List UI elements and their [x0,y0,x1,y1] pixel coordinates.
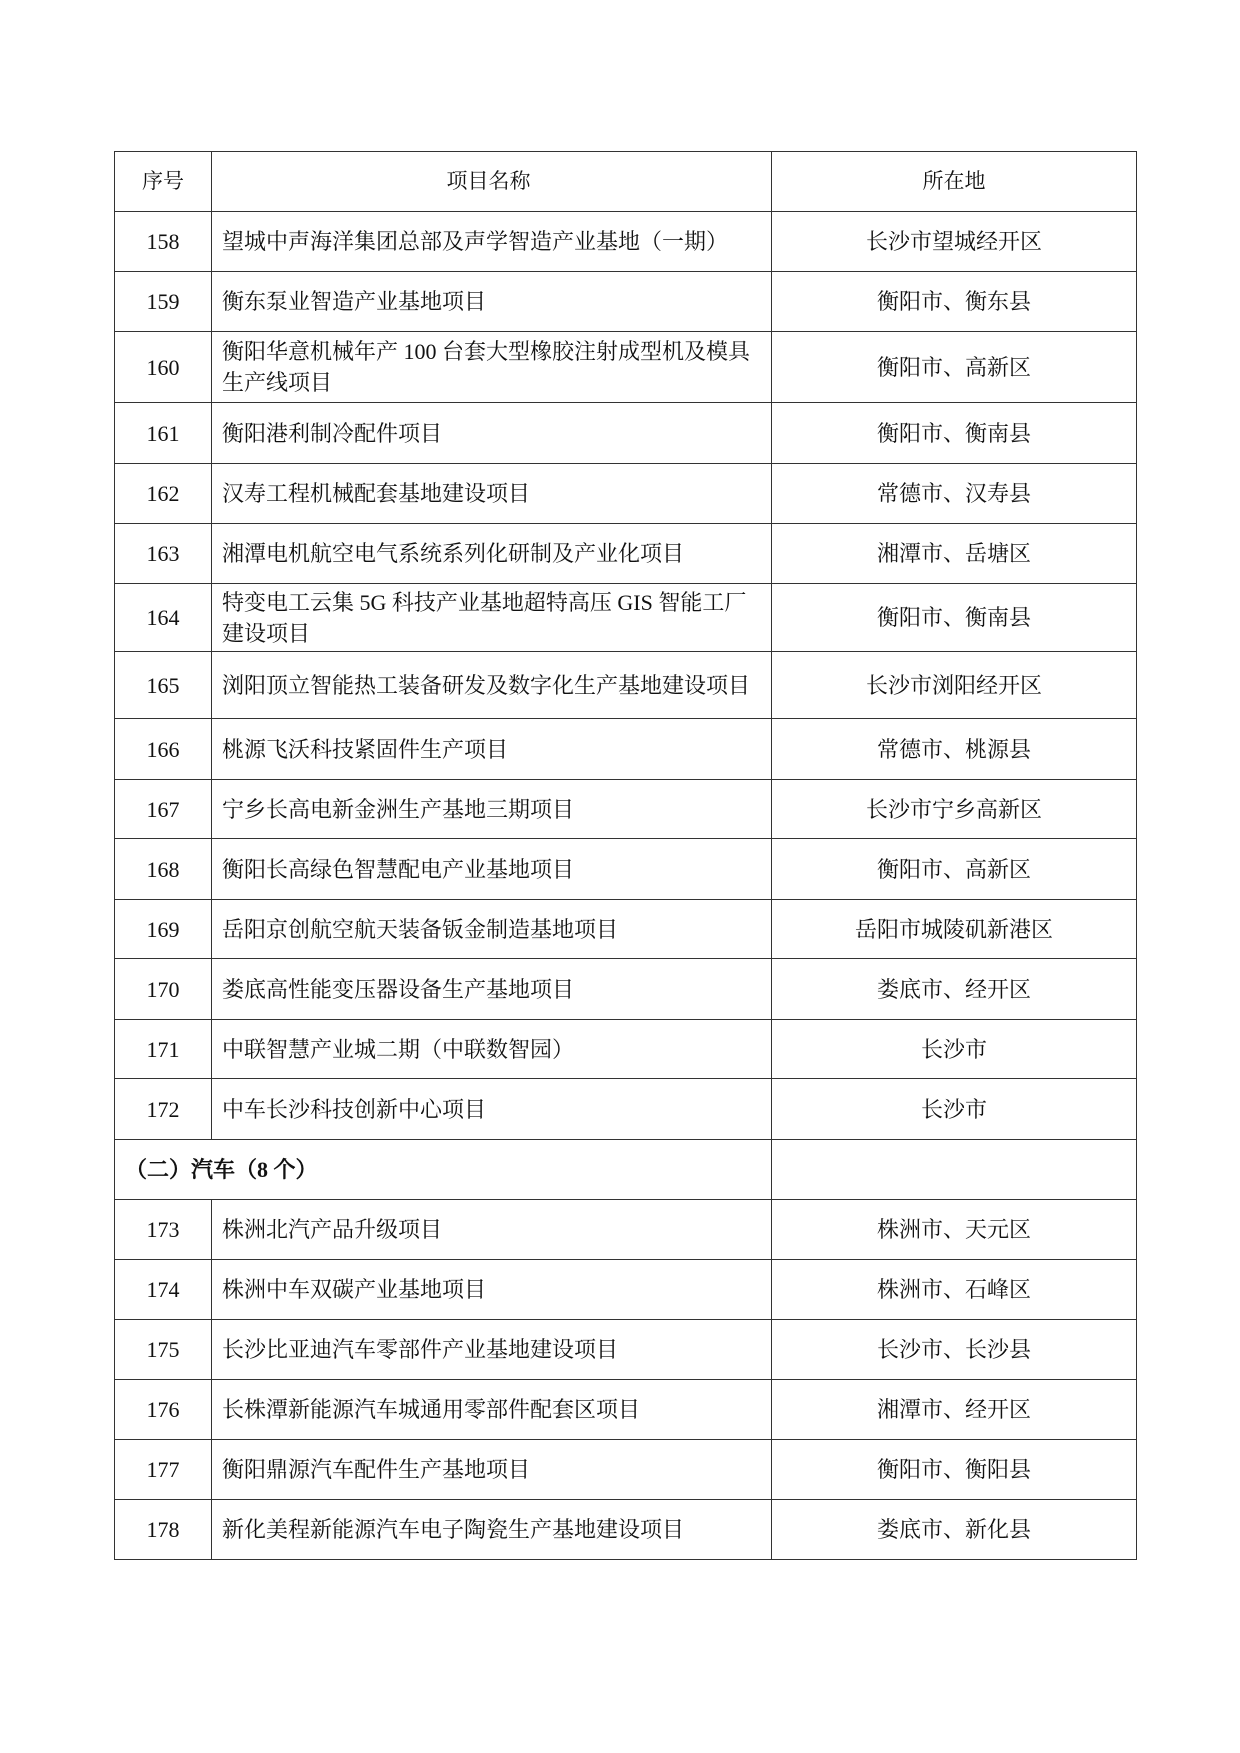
header-no: 序号 [115,152,212,212]
row-project-name: 新化美程新能源汽车电子陶瓷生产基地建设项目 [212,1500,772,1560]
row-number: 164 [115,584,212,652]
table-row: 170娄底高性能变压器设备生产基地项目娄底市、经开区 [115,959,1137,1020]
table-row: 177衡阳鼎源汽车配件生产基地项目衡阳市、衡阳县 [115,1440,1137,1500]
row-number: 168 [115,839,212,900]
table-section-automotive: （二）汽车（8 个） [115,1140,1137,1200]
table-row: 164特变电工云集 5G 科技产业基地超特高压 GIS 智能工厂建设项目衡阳市、… [115,584,1137,652]
row-location: 株洲市、天元区 [772,1200,1137,1260]
row-number: 172 [115,1079,212,1140]
row-project-name: 娄底高性能变压器设备生产基地项目 [212,959,772,1020]
row-location: 娄底市、经开区 [772,959,1137,1020]
table-row: 166桃源飞沃科技紧固件生产项目常德市、桃源县 [115,719,1137,780]
row-location: 长沙市望城经开区 [772,212,1137,272]
table-row: 174株洲中车双碳产业基地项目株洲市、石峰区 [115,1260,1137,1320]
project-table: 序号 项目名称 所在地 158望城中声海洋集团总部及声学智造产业基地（一期）长沙… [114,151,1137,1560]
section-row: （二）汽车（8 个） [115,1140,1137,1200]
row-project-name: 桃源飞沃科技紧固件生产项目 [212,719,772,780]
row-project-name: 中车长沙科技创新中心项目 [212,1079,772,1140]
table-row: 169岳阳京创航空航天装备钣金制造基地项目岳阳市城陵矶新港区 [115,900,1137,959]
row-project-name: 宁乡长高电新金洲生产基地三期项目 [212,780,772,839]
table-row: 162汉寿工程机械配套基地建设项目常德市、汉寿县 [115,464,1137,524]
row-number: 166 [115,719,212,780]
row-project-name: 湘潭电机航空电气系统系列化研制及产业化项目 [212,524,772,584]
row-location: 衡阳市、衡阳县 [772,1440,1137,1500]
row-location: 常德市、桃源县 [772,719,1137,780]
row-location: 湘潭市、岳塘区 [772,524,1137,584]
header-location: 所在地 [772,152,1137,212]
row-location: 长沙市 [772,1020,1137,1079]
row-project-name: 衡阳鼎源汽车配件生产基地项目 [212,1440,772,1500]
table-row: 178新化美程新能源汽车电子陶瓷生产基地建设项目娄底市、新化县 [115,1500,1137,1560]
row-project-name: 衡阳长高绿色智慧配电产业基地项目 [212,839,772,900]
row-location: 常德市、汉寿县 [772,464,1137,524]
table-row: 160衡阳华意机械年产 100 台套大型橡胶注射成型机及模具生产线项目衡阳市、高… [115,332,1137,403]
row-number: 163 [115,524,212,584]
table-row: 168衡阳长高绿色智慧配电产业基地项目衡阳市、高新区 [115,839,1137,900]
table-body-automotive: 173株洲北汽产品升级项目株洲市、天元区174株洲中车双碳产业基地项目株洲市、石… [115,1200,1137,1560]
row-project-name: 特变电工云集 5G 科技产业基地超特高压 GIS 智能工厂建设项目 [212,584,772,652]
row-number: 169 [115,900,212,959]
row-number: 173 [115,1200,212,1260]
row-number: 176 [115,1380,212,1440]
section-label: （二）汽车（8 个） [115,1140,772,1200]
row-number: 160 [115,332,212,403]
row-number: 170 [115,959,212,1020]
table-row: 172中车长沙科技创新中心项目长沙市 [115,1079,1137,1140]
row-project-name: 岳阳京创航空航天装备钣金制造基地项目 [212,900,772,959]
table-row: 159衡东泵业智造产业基地项目衡阳市、衡东县 [115,272,1137,332]
row-project-name: 衡阳华意机械年产 100 台套大型橡胶注射成型机及模具生产线项目 [212,332,772,403]
table-row: 165浏阳顶立智能热工装备研发及数字化生产基地建设项目长沙市浏阳经开区 [115,652,1137,719]
table-row: 163湘潭电机航空电气系统系列化研制及产业化项目湘潭市、岳塘区 [115,524,1137,584]
row-location: 衡阳市、衡南县 [772,403,1137,464]
row-number: 165 [115,652,212,719]
row-number: 162 [115,464,212,524]
row-location: 岳阳市城陵矶新港区 [772,900,1137,959]
row-number: 167 [115,780,212,839]
row-location: 长沙市浏阳经开区 [772,652,1137,719]
row-number: 178 [115,1500,212,1560]
table-row: 175长沙比亚迪汽车零部件产业基地建设项目长沙市、长沙县 [115,1320,1137,1380]
table-row: 171中联智慧产业城二期（中联数智园）长沙市 [115,1020,1137,1079]
row-number: 174 [115,1260,212,1320]
row-location: 长沙市宁乡高新区 [772,780,1137,839]
row-location: 长沙市 [772,1079,1137,1140]
table-row: 176长株潭新能源汽车城通用零部件配套区项目湘潭市、经开区 [115,1380,1137,1440]
row-number: 175 [115,1320,212,1380]
row-project-name: 浏阳顶立智能热工装备研发及数字化生产基地建设项目 [212,652,772,719]
row-project-name: 中联智慧产业城二期（中联数智园） [212,1020,772,1079]
row-project-name: 株洲北汽产品升级项目 [212,1200,772,1260]
row-number: 161 [115,403,212,464]
table-row: 158望城中声海洋集团总部及声学智造产业基地（一期）长沙市望城经开区 [115,212,1137,272]
table-header-row: 序号 项目名称 所在地 [115,152,1137,212]
row-location: 长沙市、长沙县 [772,1320,1137,1380]
row-project-name: 株洲中车双碳产业基地项目 [212,1260,772,1320]
row-project-name: 长沙比亚迪汽车零部件产业基地建设项目 [212,1320,772,1380]
row-project-name: 长株潭新能源汽车城通用零部件配套区项目 [212,1380,772,1440]
table-row: 173株洲北汽产品升级项目株洲市、天元区 [115,1200,1137,1260]
row-project-name: 汉寿工程机械配套基地建设项目 [212,464,772,524]
row-location: 衡阳市、高新区 [772,839,1137,900]
table-row: 161衡阳港利制冷配件项目衡阳市、衡南县 [115,403,1137,464]
row-number: 177 [115,1440,212,1500]
row-location: 株洲市、石峰区 [772,1260,1137,1320]
header-project-name: 项目名称 [212,152,772,212]
row-location: 娄底市、新化县 [772,1500,1137,1560]
row-number: 159 [115,272,212,332]
row-location: 衡阳市、衡东县 [772,272,1137,332]
row-number: 171 [115,1020,212,1079]
section-location-empty [772,1140,1137,1200]
row-project-name: 衡阳港利制冷配件项目 [212,403,772,464]
row-location: 衡阳市、高新区 [772,332,1137,403]
table-row: 167宁乡长高电新金洲生产基地三期项目长沙市宁乡高新区 [115,780,1137,839]
row-project-name: 衡东泵业智造产业基地项目 [212,272,772,332]
row-project-name: 望城中声海洋集团总部及声学智造产业基地（一期） [212,212,772,272]
row-number: 158 [115,212,212,272]
row-location: 湘潭市、经开区 [772,1380,1137,1440]
row-location: 衡阳市、衡南县 [772,584,1137,652]
table-body-machinery: 158望城中声海洋集团总部及声学智造产业基地（一期）长沙市望城经开区159衡东泵… [115,212,1137,1140]
